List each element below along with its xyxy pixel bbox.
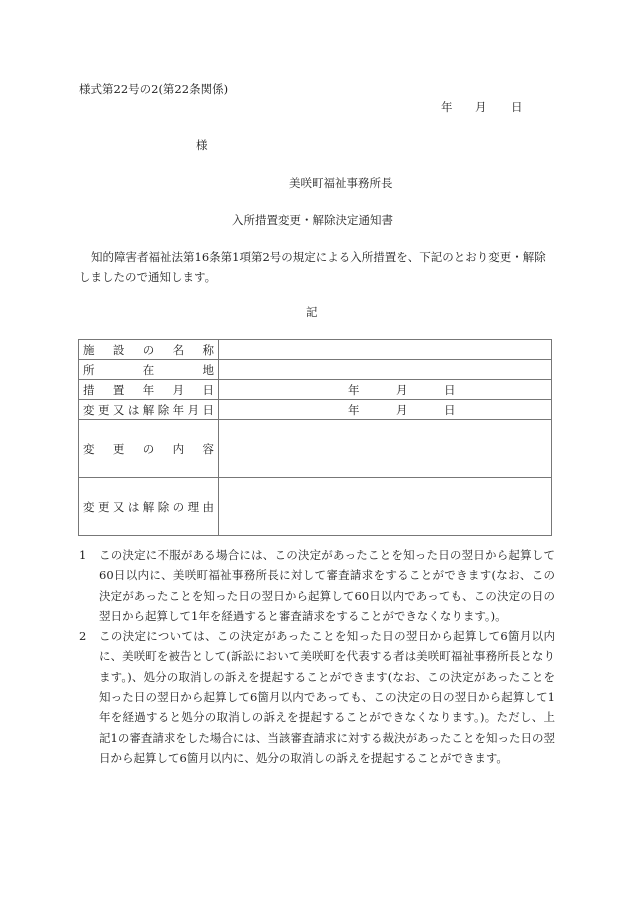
label-char: の (173, 499, 185, 515)
label-char: 日 (203, 382, 215, 398)
label-char: 所 (83, 362, 95, 378)
label-char: 変 (83, 441, 95, 457)
label-char: 月 (173, 382, 185, 398)
label-char: 更 (113, 441, 125, 457)
label-facility-name: 施設の名称 (79, 340, 219, 360)
date-unit-label: 月 (396, 382, 444, 398)
date-year-label: 年 (441, 99, 475, 115)
date-unit-label: 日 (444, 402, 492, 418)
label-char: 年 (173, 402, 185, 418)
label-char: 称 (203, 342, 215, 358)
addressee-suffix: 様 (196, 137, 208, 153)
label-char: 施 (83, 342, 95, 358)
label-char: 又 (113, 402, 125, 418)
label-char: 措 (83, 382, 95, 398)
label-change-reason: 変更又は解除の理由 (79, 478, 219, 536)
label-char: の (143, 342, 155, 358)
table-row-change-reason: 変更又は解除の理由 (79, 478, 552, 536)
note-1: 1 この決定に不服がある場合には、この決定があったことを知った日の翌日から起算し… (79, 545, 555, 626)
label-char: 地 (203, 362, 215, 378)
value-facility-name (219, 340, 552, 360)
date-unit-label: 年 (348, 382, 396, 398)
label-char: 置 (113, 382, 125, 398)
table-row-facility: 施設の名称 (79, 340, 552, 360)
date-month-label: 月 (475, 99, 511, 115)
value-change-date: 年月日 (219, 400, 552, 420)
label-char: 除 (158, 499, 170, 515)
label-char: 在 (143, 362, 155, 378)
label-char: 解 (143, 499, 155, 515)
label-char: 解 (143, 402, 155, 418)
date-unit-label: 年 (348, 402, 396, 418)
issue-date: 年月日 (441, 99, 523, 115)
label-char: 内 (173, 441, 185, 457)
table-row-placement-date: 措置年月日 年月日 (79, 380, 552, 400)
note-number: 2 (79, 626, 99, 768)
note-text: この決定については、この決定があったことを知った日の翌日から起算して6箇月以内に… (99, 626, 555, 768)
label-char: は (128, 402, 140, 418)
notes: 1 この決定に不服がある場合には、この決定があったことを知った日の翌日から起算し… (79, 545, 555, 768)
label-char: 由 (203, 499, 215, 515)
form-number: 様式第22号の2(第22条関係) (79, 81, 228, 97)
label-change-content: 変更の内容 (79, 420, 219, 478)
label-char: 除 (158, 402, 170, 418)
label-char: 名 (173, 342, 185, 358)
value-placement-date: 年月日 (219, 380, 552, 400)
label-char: 変 (83, 499, 95, 515)
label-char: 年 (143, 382, 155, 398)
value-change-reason (219, 478, 552, 536)
value-address (219, 360, 552, 380)
label-char: の (143, 441, 155, 457)
date-day-label: 日 (511, 99, 523, 115)
note-number: 1 (79, 545, 99, 626)
label-char: 理 (188, 499, 200, 515)
label-char: 更 (98, 499, 110, 515)
note-2: 2 この決定については、この決定があったことを知った日の翌日から起算して6箇月以… (79, 626, 555, 768)
document-title: 入所措置変更・解除決定通知書 (232, 212, 393, 228)
note-text: この決定に不服がある場合には、この決定があったことを知った日の翌日から起算して6… (99, 545, 555, 626)
ki-heading: 記 (306, 304, 318, 320)
table-row-change-date: 変更又は解除年月日 年月日 (79, 400, 552, 420)
label-char: は (128, 499, 140, 515)
label-address: 所在地 (79, 360, 219, 380)
label-char: 容 (203, 441, 215, 457)
label-char: 日 (203, 402, 215, 418)
label-char: 更 (98, 402, 110, 418)
table-row-address: 所在地 (79, 360, 552, 380)
issuer: 美咲町福祉事務所長 (289, 175, 393, 191)
label-char: 設 (113, 342, 125, 358)
label-char: 月 (188, 402, 200, 418)
form-table: 施設の名称 所在地 措置年月日 年月日 変更又は解除年月日 年月日 変更の内容 … (78, 339, 552, 536)
label-char: 又 (113, 499, 125, 515)
label-placement-date: 措置年月日 (79, 380, 219, 400)
value-change-content (219, 420, 552, 478)
label-char: 変 (83, 402, 95, 418)
date-unit-label: 日 (444, 382, 492, 398)
table-row-change-content: 変更の内容 (79, 420, 552, 478)
body-paragraph: 知的障害者福祉法第16条第1項第2号の規定による入所措置を、下記のとおり変更・解… (79, 247, 555, 287)
label-change-date: 変更又は解除年月日 (79, 400, 219, 420)
date-unit-label: 月 (396, 402, 444, 418)
